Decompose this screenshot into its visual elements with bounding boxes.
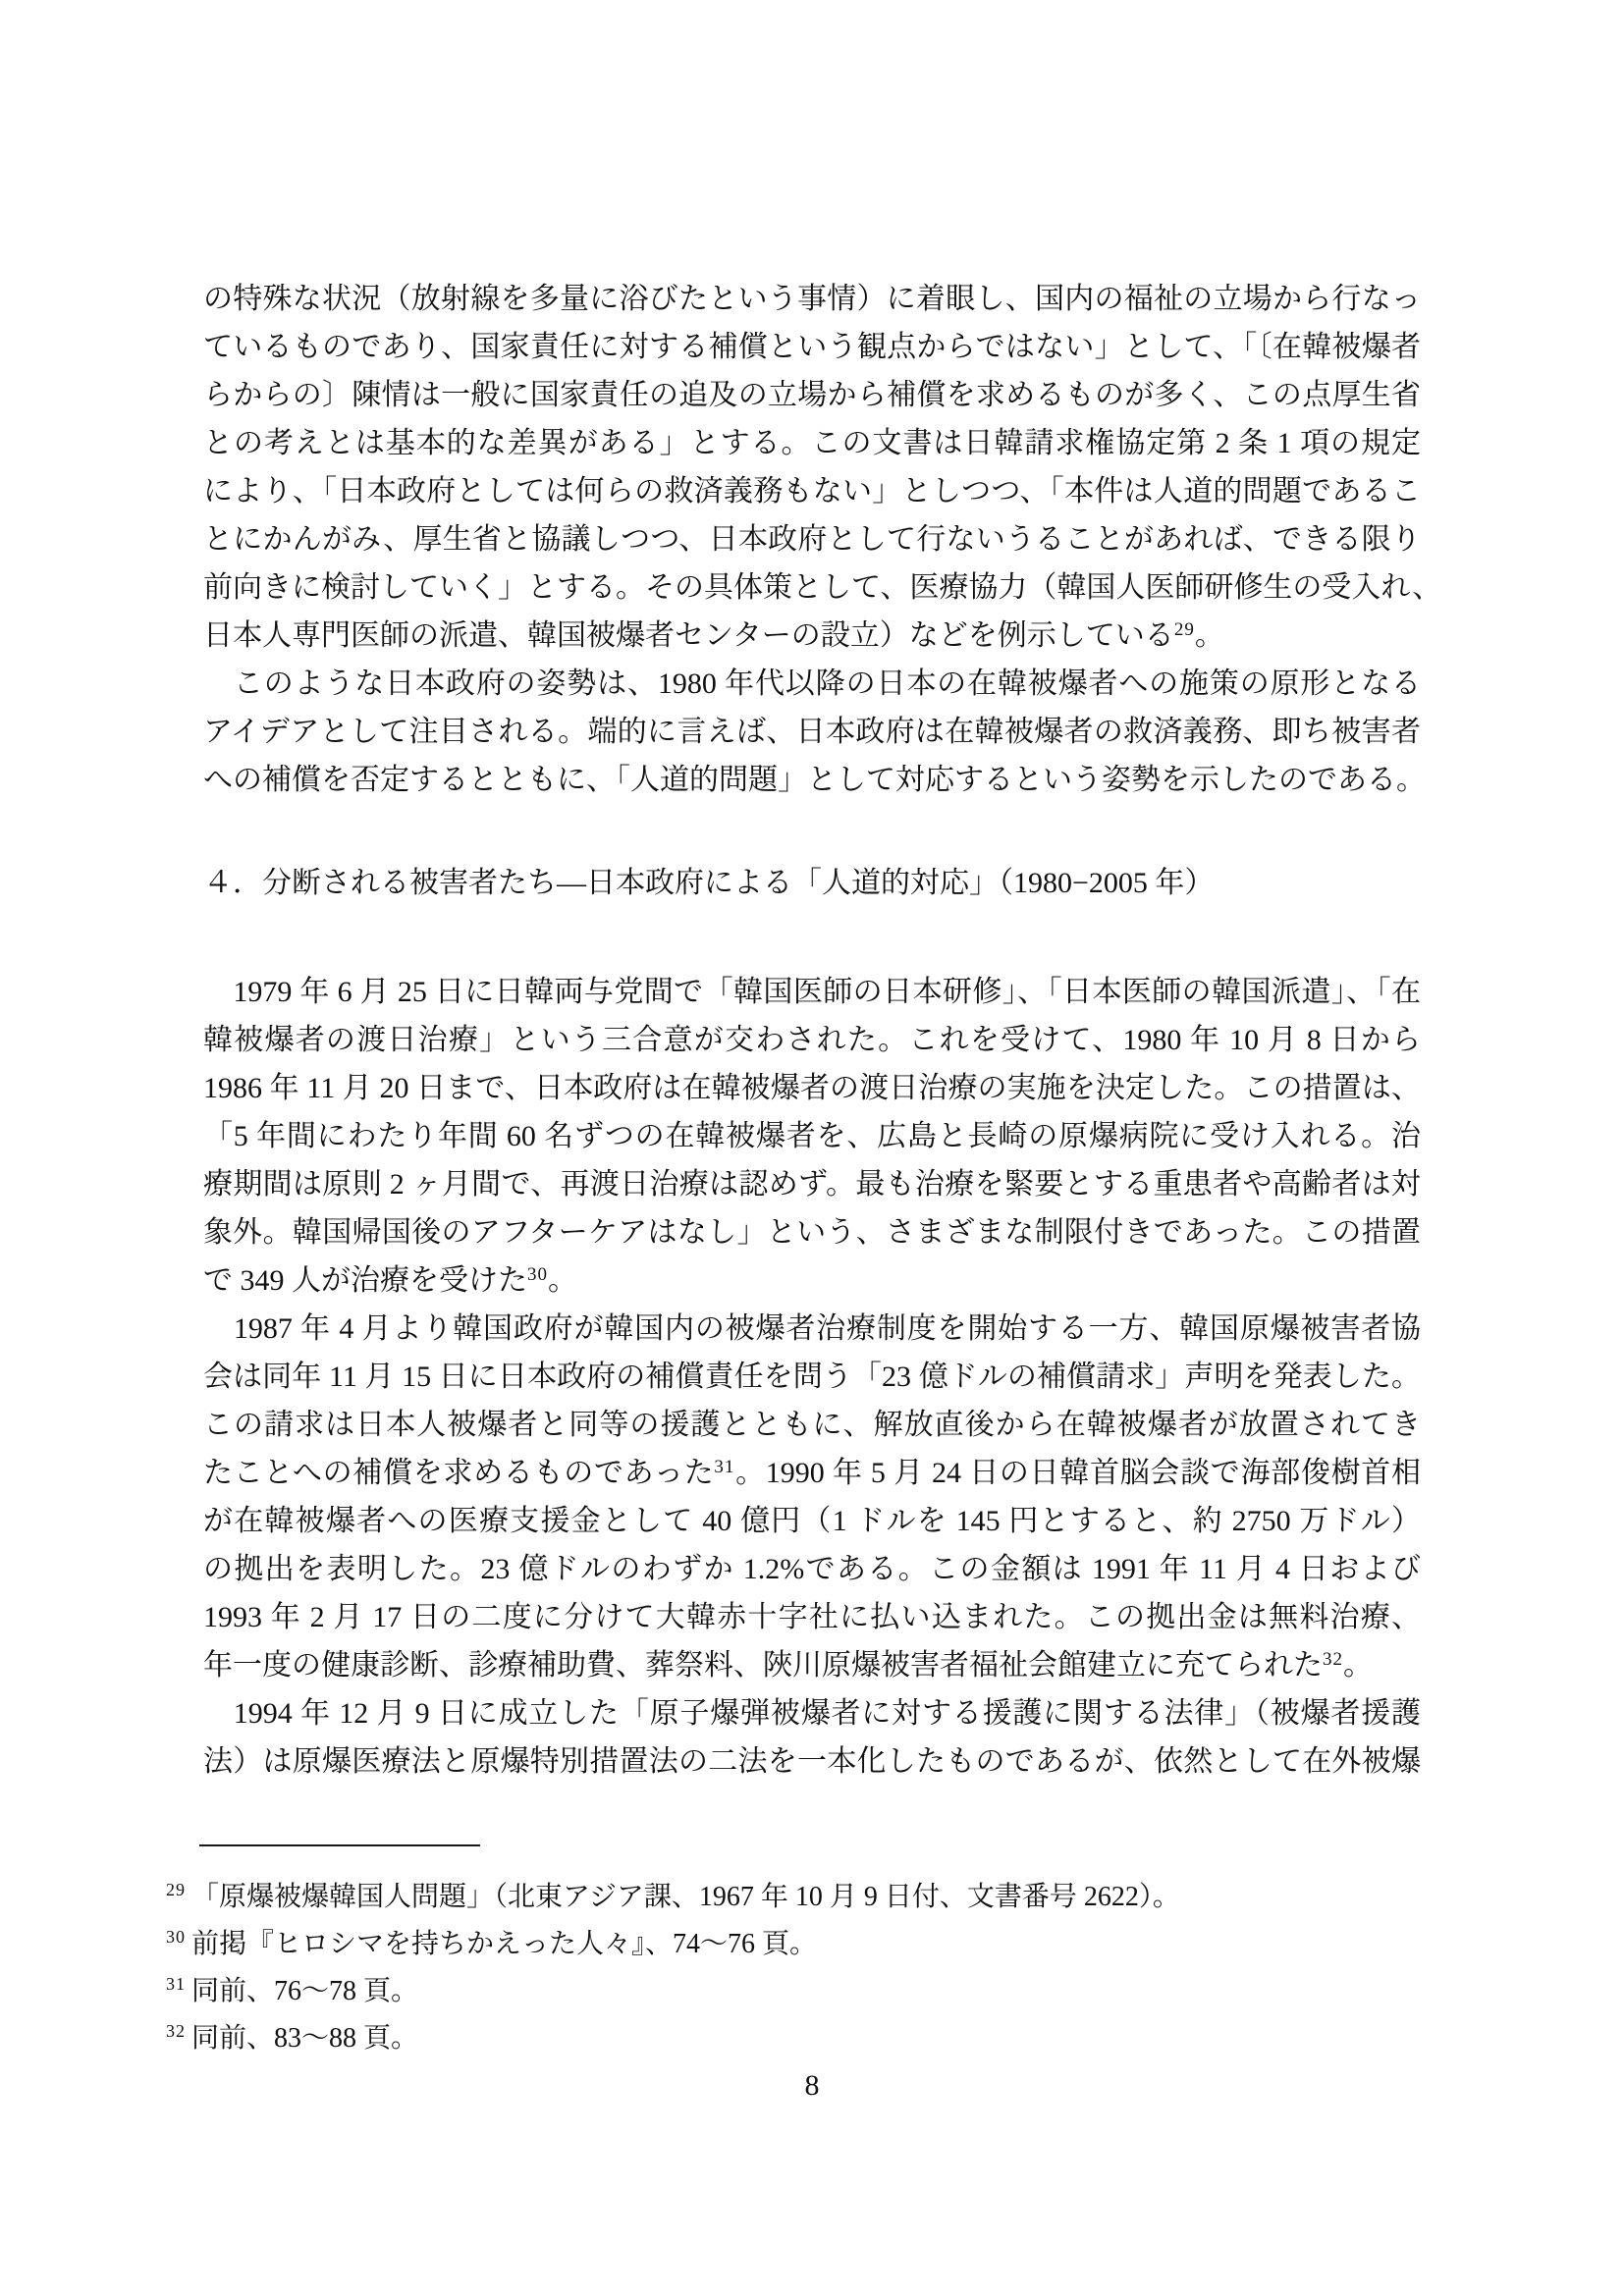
footnote-ref: 30	[527, 1264, 548, 1285]
text-line: らからの〕陳情は一般に国家責任の追及の立場から補償を求めるものが多く、この点厚生…	[203, 371, 1421, 419]
footnote-ref: 32	[1323, 1649, 1343, 1670]
text-line: 年一度の健康診断、診療補助費、葬祭料、陜川原爆被害者福祉会館建立に充てられた32…	[203, 1641, 1421, 1689]
text-line: ４．分断される被害者たち―日本政府による「人道的対応」（1980−2005 年）	[203, 859, 1421, 907]
section-heading: ４．分断される被害者たち―日本政府による「人道的対応」（1980−2005 年）	[203, 859, 1421, 907]
footnote-ref: 29	[1174, 619, 1195, 640]
text-line: の拠出を表明した。23 億ドルのわずか 1.2%である。この金額は 1991 年…	[203, 1545, 1421, 1593]
footnote: 31同前、76～78 頁。	[166, 1968, 1421, 2015]
text-line: への補償を否定するとともに、「人道的問題」として対応するという姿勢を示したのであ…	[203, 756, 1421, 804]
text-line: 韓被爆者の渡日治療」という三合意が交わされた。これを受けて、1980 年 10 …	[203, 1016, 1421, 1064]
text-line: 「5 年間にわたり年間 60 名ずつの在韓被爆者を、広島と長崎の原爆病院に受け入…	[203, 1112, 1421, 1160]
text-line: 1979 年 6 月 25 日に日韓両与党間で「韓国医師の日本研修」、「日本医師…	[203, 968, 1421, 1016]
footnote: 30前掲『ヒロシマを持ちかえった人々』、74～76 頁。	[166, 1921, 1421, 1968]
paragraph: 1979 年 6 月 25 日に日韓両与党間で「韓国医師の日本研修」、「日本医師…	[203, 968, 1421, 1305]
text-line: 1987 年 4 月より韓国政府が韓国内の被爆者治療制度を開始する一方、韓国原爆…	[203, 1305, 1421, 1353]
document-page: の特殊な状況（放射線を多量に浴びたという事情）に着眼し、国内の福祉の立場から行な…	[0, 0, 1624, 2296]
text-line: の特殊な状況（放射線を多量に浴びたという事情）に着眼し、国内の福祉の立場から行な…	[203, 275, 1421, 323]
text-line: 法）は原爆医療法と原爆特別措置法の二法を一本化したものであるが、依然として在外被…	[203, 1737, 1421, 1786]
text-line: により、「日本政府としては何らの救済義務もない」としつつ、「本件は人道的問題であ…	[203, 467, 1421, 515]
text-line: で 349 人が治療を受けた30。	[203, 1256, 1421, 1305]
footnote-separator	[199, 1844, 480, 1846]
footnote-marker: 31	[166, 1974, 186, 1994]
text-line: ているものであり、国家責任に対する補償という観点からではない」として、「〔在韓被…	[203, 323, 1421, 371]
text-line: アイデアとして注目される。端的に言えば、日本政府は在韓被爆者の救済義務、即ち被害…	[203, 708, 1421, 756]
paragraph: の特殊な状況（放射線を多量に浴びたという事情）に着眼し、国内の福祉の立場から行な…	[203, 275, 1421, 660]
footnote: 29「原爆被爆韓国人問題」（北東アジア課、1967 年 10 月 9 日付、文書…	[166, 1874, 1421, 1921]
paragraph: 1987 年 4 月より韓国政府が韓国内の被爆者治療制度を開始する一方、韓国原爆…	[203, 1305, 1421, 1689]
footnotes-list: 29「原爆被爆韓国人問題」（北東アジア課、1967 年 10 月 9 日付、文書…	[203, 1874, 1421, 2062]
footnote-marker: 30	[166, 1927, 186, 1947]
text-line: との考えとは基本的な差異がある」とする。この文書は日韓請求権協定第 2 条 1 …	[203, 419, 1421, 467]
text-line: この請求は日本人被爆者と同等の援護とともに、解放直後から在韓被爆者が放置されてき	[203, 1401, 1421, 1449]
text-line: 日本人専門医師の派遣、韓国被爆者センターの設立）などを例示している29。	[203, 612, 1421, 660]
paragraph: このような日本政府の姿勢は、1980 年代以降の日本の在韓被爆者への施策の原形と…	[203, 660, 1421, 804]
text-line: 会は同年 11 月 15 日に日本政府の補償責任を問う「23 億ドルの補償請求」…	[203, 1353, 1421, 1401]
footnotes-section: 29「原爆被爆韓国人問題」（北東アジア課、1967 年 10 月 9 日付、文書…	[203, 1844, 1421, 2062]
text-line: このような日本政府の姿勢は、1980 年代以降の日本の在韓被爆者への施策の原形と…	[203, 660, 1421, 708]
page-content: の特殊な状況（放射線を多量に浴びたという事情）に着眼し、国内の福祉の立場から行な…	[203, 275, 1421, 1786]
text-line: とにかんがみ、厚生省と協議しつつ、日本政府として行ないうることがあれば、できる限…	[203, 515, 1421, 563]
text-line: 1993 年 2 月 17 日の二度に分けて大韓赤十字社に払い込まれた。この拠出…	[203, 1593, 1421, 1641]
footnote-ref: 31	[714, 1457, 734, 1477]
text-line: 療期間は原則 2 ヶ月間で、再渡日治療は認めず。最も治療を緊要とする重患者や高齢…	[203, 1160, 1421, 1208]
text-line: が在韓被爆者への医療支援金として 40 億円（1 ドルを 145 円とすると、約…	[203, 1497, 1421, 1545]
text-line: 前向きに検討していく」とする。その具体策として、医療協力（韓国人医師研修生の受入…	[203, 563, 1421, 612]
footnote-marker: 32	[166, 2021, 186, 2041]
page-number: 8	[203, 2062, 1421, 2109]
footnote: 32同前、83～88 頁。	[166, 2015, 1421, 2062]
footnote-marker: 29	[166, 1880, 186, 1899]
text-line: たことへの補償を求めるものであった31。1990 年 5 月 24 日の日韓首脳…	[203, 1449, 1421, 1497]
paragraph: 1994 年 12 月 9 日に成立した「原子爆弾被爆者に対する援護に関する法律…	[203, 1689, 1421, 1786]
text-line: 1994 年 12 月 9 日に成立した「原子爆弾被爆者に対する援護に関する法律…	[203, 1689, 1421, 1737]
text-line: 象外。韓国帰国後のアフターケアはなし」という、さまざまな制限付きであった。この措…	[203, 1208, 1421, 1256]
text-line: 1986 年 11 月 20 日まで、日本政府は在韓被爆者の渡日治療の実施を決定…	[203, 1064, 1421, 1112]
